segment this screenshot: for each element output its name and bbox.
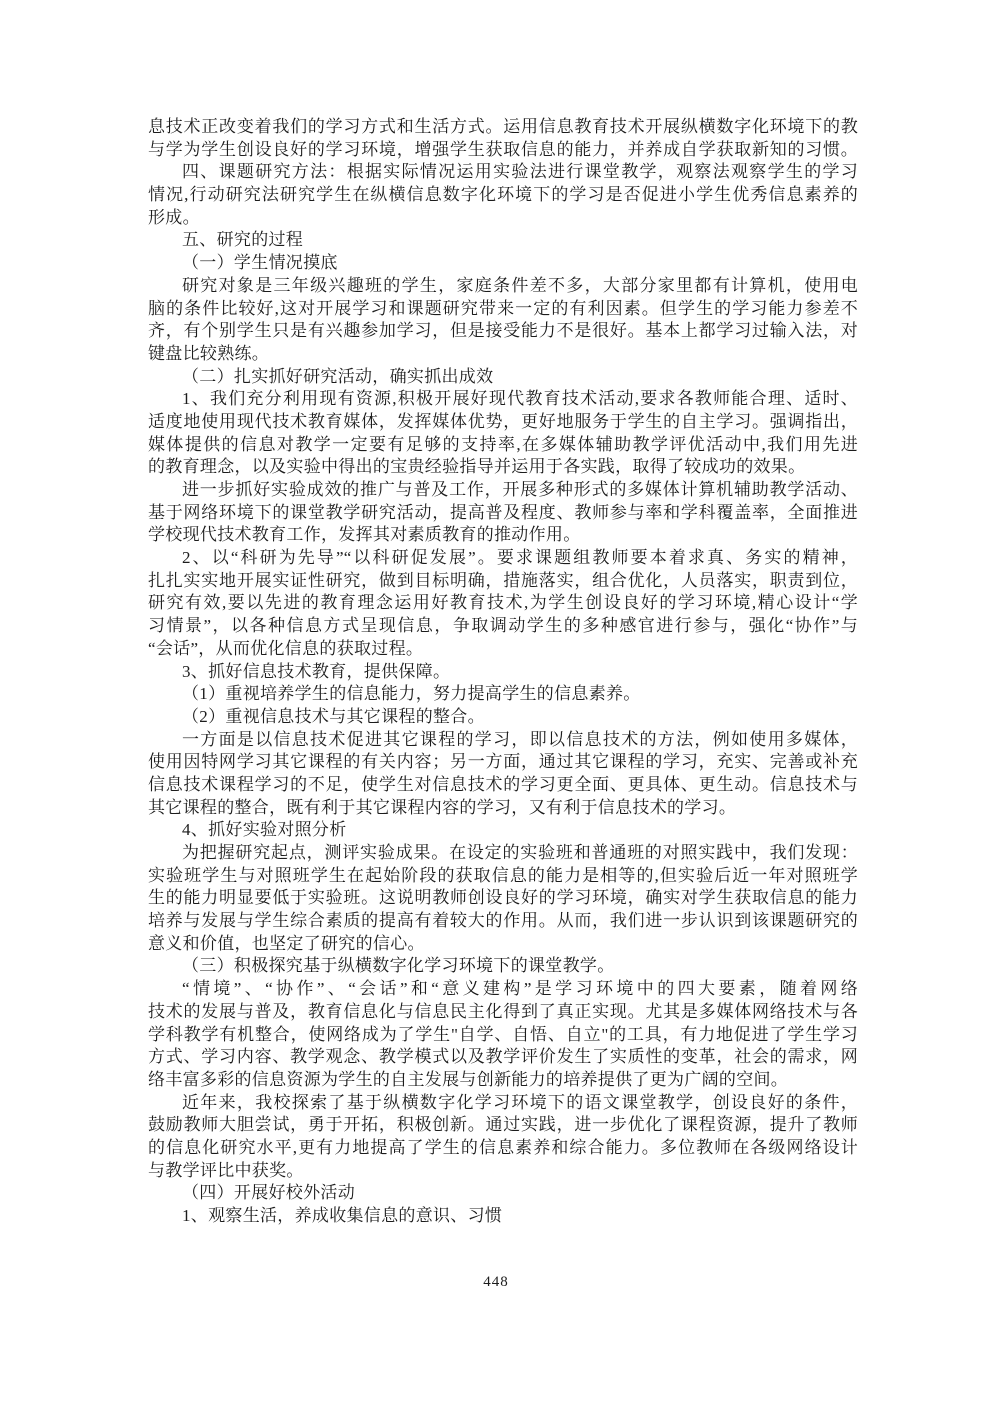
text-line: 技术的发展与普及，教育信息化与信息民主化得到了真正实现。尤其是多媒体网络技术与各 (148, 1001, 858, 1024)
text-line: 2、以“科研为先导”“以科研促发展”。要求课题组教师要本着求真、务实的精神， (148, 547, 858, 570)
text-line: 实验班学生与对照班学生在起始阶段的获取信息的能力是相等的,但实验后近一年对照班学 (148, 865, 858, 888)
text-line: （一）学生情况摸底 (148, 252, 858, 275)
text-line: 与教学评比中获奖。 (148, 1160, 858, 1183)
text-line: 与学为学生创设良好的学习环境，增强学生获取信息的能力，并养成自学获取新知的习惯。 (148, 139, 858, 162)
text-line: 其它课程的整合，既有利于其它课程内容的学习，又有利于信息技术的学习。 (148, 797, 858, 820)
text-line: 1、我们充分利用现有资源,积极开展好现代教育技术活动,要求各教师能合理、适时、 (148, 388, 858, 411)
text-line: 4、抓好实验对照分析 (148, 819, 858, 842)
text-line: 近年来，我校探索了基于纵横数字化学习环境下的语文课堂教学，创设良好的条件， (148, 1092, 858, 1115)
page-number: 448 (483, 1274, 509, 1290)
page-footer: 448 (0, 1274, 992, 1291)
text-line: （1）重视培养学生的信息能力，努力提高学生的信息素养。 (148, 683, 858, 706)
text-line: 进一步抓好实验成效的推广与普及工作，开展多种形式的多媒体计算机辅助教学活动、 (148, 479, 858, 502)
text-line: 学科教学有机整合，使网络成为了学生"自学、自悟、自立"的工具，有力地促进了学生学… (148, 1024, 858, 1047)
text-line: 为把握研究起点，测评实验成果。在设定的实验班和普通班的对照实践中，我们发现： (148, 842, 858, 865)
text-line: 使用因特网学习其它课程的有关内容；另一方面，通过其它课程的学习，充实、完善或补充 (148, 751, 858, 774)
text-line: “会话”，从而优化信息的获取过程。 (148, 638, 858, 661)
document-page: 息技术正改变着我们的学习方式和生活方式。运用信息教育技术开展纵横数字化环境下的教… (0, 0, 992, 1403)
text-block: 息技术正改变着我们的学习方式和生活方式。运用信息教育技术开展纵横数字化环境下的教… (148, 116, 858, 1228)
text-line: 齐，有个别学生只是有兴趣参加学习，但是接受能力不是很好。基本上都学习过输入法，对 (148, 320, 858, 343)
text-line: 信息技术课程学习的不足，使学生对信息技术的学习更全面、更具体、更生动。信息技术与 (148, 774, 858, 797)
text-line: 的信息化研究水平,更有力地提高了学生的信息素养和综合能力。多位教师在各级网络设计 (148, 1137, 858, 1160)
text-line: 键盘比较熟练。 (148, 343, 858, 366)
text-line: 的教育理念，以及实验中得出的宝贵经验指导并运用于各实践，取得了较成功的效果。 (148, 456, 858, 479)
text-line: 习情景”，以各种信息方式呈现信息，争取调动学生的多种感官进行参与，强化“协作”与 (148, 615, 858, 638)
text-line: 四、课题研究方法：根据实际情况运用实验法进行课堂教学，观察法观察学生的学习 (148, 161, 858, 184)
text-line: 1、观察生活，养成收集信息的意识、习惯 (148, 1205, 858, 1228)
text-line: 鼓励教师大胆尝试，勇于开拓，积极创新。通过实践，进一步优化了课程资源，提升了教师 (148, 1114, 858, 1137)
text-line: 一方面是以信息技术促进其它课程的学习，即以信息技术的方法，例如使用多媒体， (148, 729, 858, 752)
text-line: （四）开展好校外活动 (148, 1182, 858, 1205)
text-line: 适度地使用现代技术教育媒体，发挥媒体优势，更好地服务于学生的自主学习。强调指出， (148, 411, 858, 434)
text-line: “情境”、“协作”、“会话”和“意义建构”是学习环境中的四大要素，随着网络 (148, 978, 858, 1001)
text-line: 息技术正改变着我们的学习方式和生活方式。运用信息教育技术开展纵横数字化环境下的教 (148, 116, 858, 139)
text-line: （2）重视信息技术与其它课程的整合。 (148, 706, 858, 729)
text-line: 情况,行动研究法研究学生在纵横信息数字化环境下的学习是否促进小学生优秀信息素养的 (148, 184, 858, 207)
text-line: 扎扎实实地开展实证性研究，做到目标明确，措施落实，组合优化，人员落实，职责到位， (148, 570, 858, 593)
text-line: 3、抓好信息技术教育，提供保障。 (148, 661, 858, 684)
text-line: 形成。 (148, 207, 858, 230)
text-line: 基于网络环境下的课堂教学研究活动，提高普及程度、教师参与率和学科覆盖率，全面推进 (148, 502, 858, 525)
text-line: 培养与发展与学生综合素质的提高有着较大的作用。从而，我们进一步认识到该课题研究的 (148, 910, 858, 933)
text-line: （三）积极探究基于纵横数字化学习环境下的课堂教学。 (148, 955, 858, 978)
text-line: 研究有效,要以先进的教育理念运用好教育技术,为学生创设良好的学习环境,精心设计“… (148, 592, 858, 615)
text-line: 五、研究的过程 (148, 229, 858, 252)
text-line: 媒体提供的信息对教学一定要有足够的支持率,在多媒体辅助教学评优活动中,我们用先进 (148, 434, 858, 457)
text-line: 学校现代技术教育工作，发挥其对素质教育的推动作用。 (148, 524, 858, 547)
text-line: 研究对象是三年级兴趣班的学生，家庭条件差不多，大部分家里都有计算机，使用电 (148, 275, 858, 298)
text-line: 络丰富多彩的信息资源为学生的自主发展与创新能力的培养提供了更为广阔的空间。 (148, 1069, 858, 1092)
text-line: 生的能力明显要低于实验班。这说明教师创设良好的学习环境，确实对学生获取信息的能力 (148, 887, 858, 910)
text-line: 脑的条件比较好,这对开展学习和课题研究带来一定的有利因素。但学生的学习能力参差不 (148, 298, 858, 321)
text-line: （二）扎实抓好研究活动，确实抓出成效 (148, 366, 858, 389)
text-line: 方式、学习内容、教学观念、教学模式以及教学评价发生了实质性的变革，社会的需求，网 (148, 1046, 858, 1069)
text-line: 意义和价值，也坚定了研究的信心。 (148, 933, 858, 956)
